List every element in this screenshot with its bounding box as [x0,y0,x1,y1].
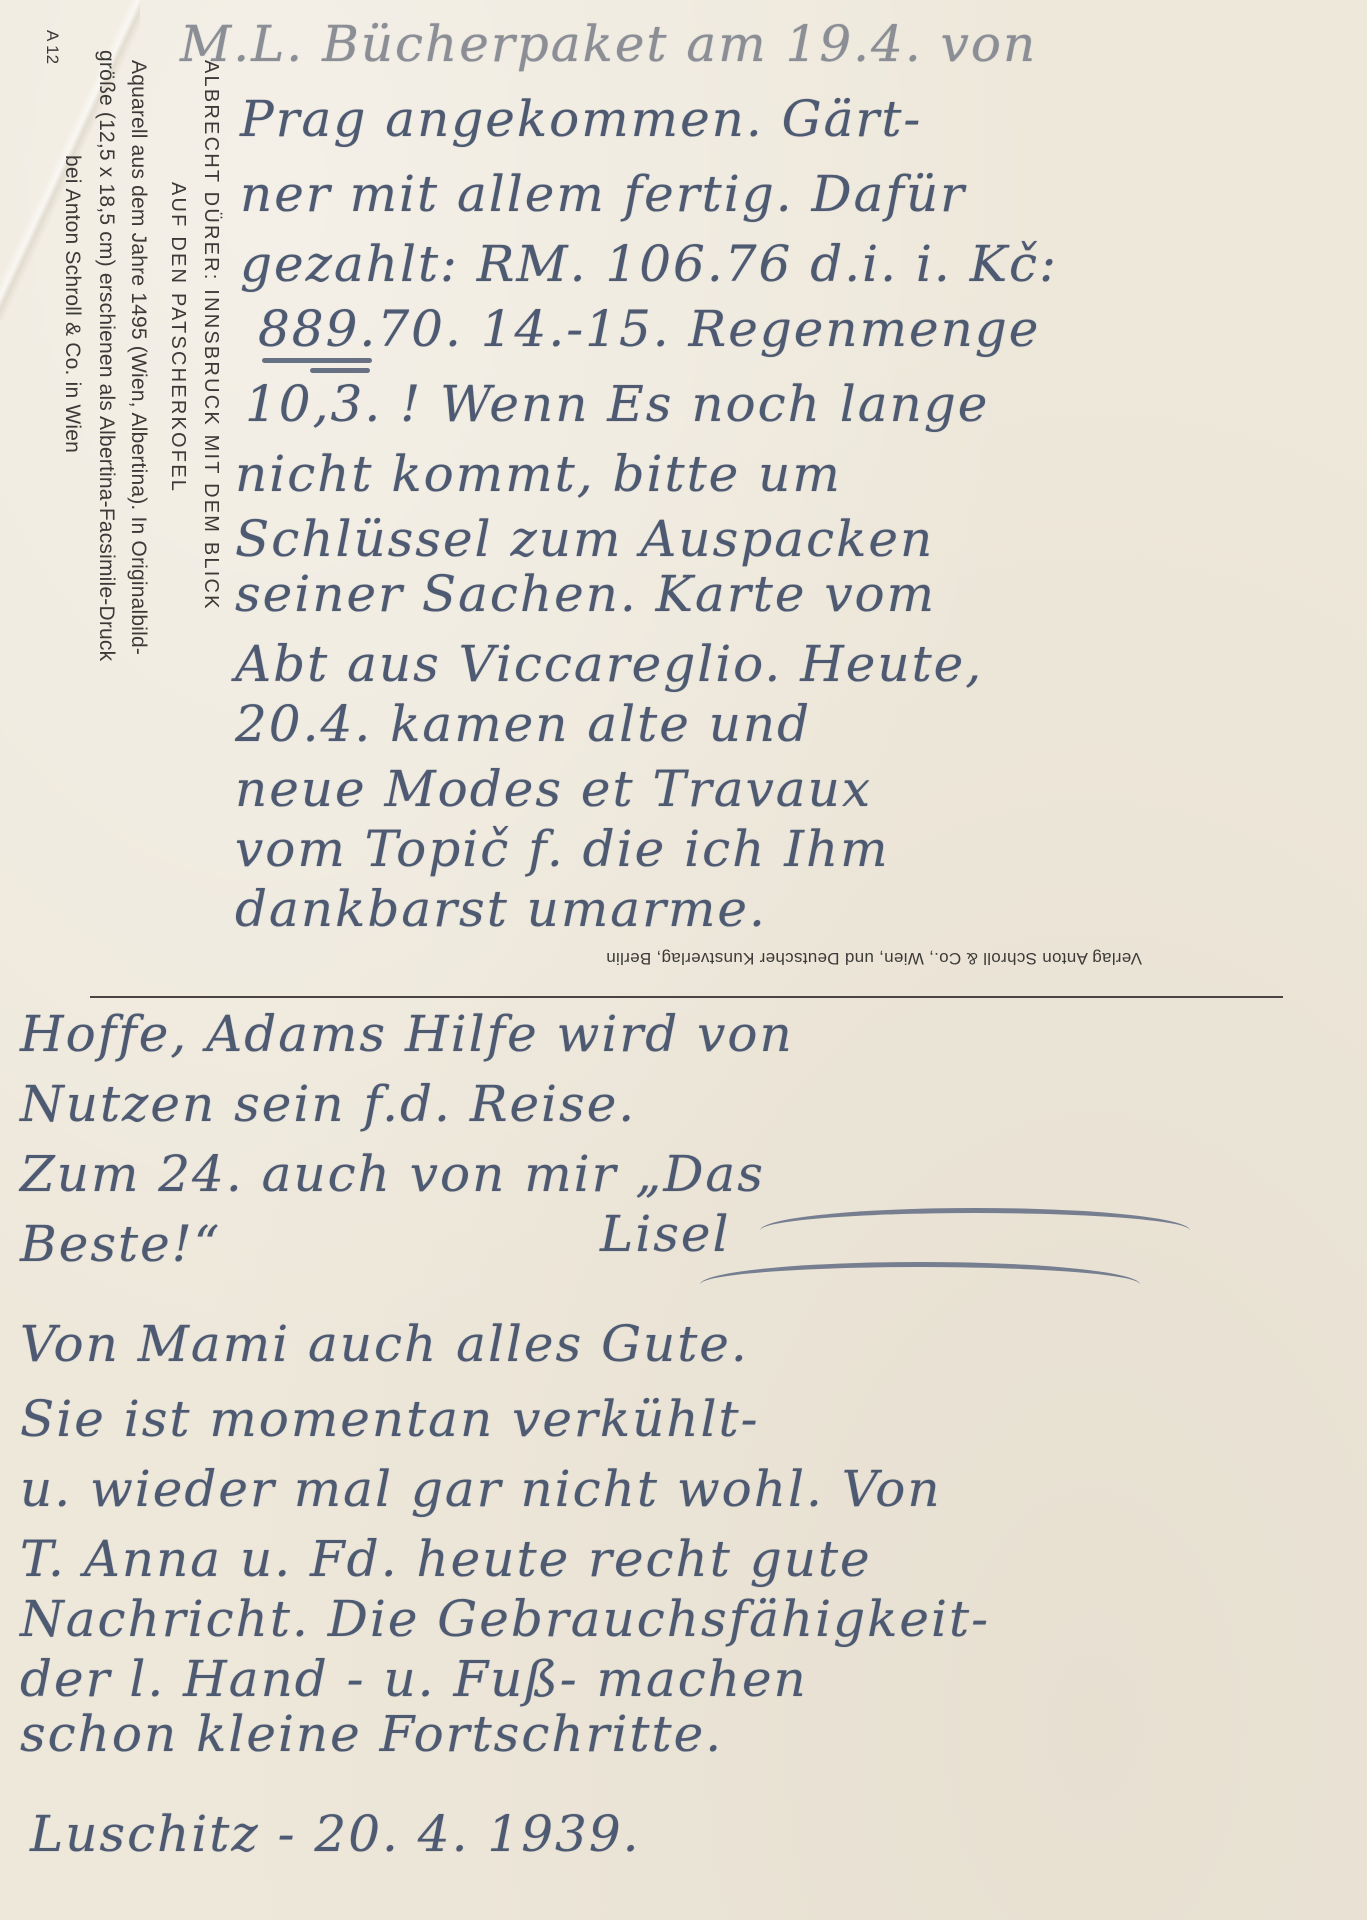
handwritten-line: Von Mami auch alles Gute. [20,1315,749,1373]
caption-title-line-1: ALBRECHT DÜRER: INNSBRUCK MIT DEM BLICK [199,60,222,611]
caption-description-line-2: größe (12,5 x 18,5 cm) erschienen als Al… [94,50,118,661]
caption-description-line-3: bei Anton Schroll & Co. in Wien [60,155,84,453]
handwritten-line: dankbarst umarme. [235,880,767,938]
handwritten-line: seiner Sachen. Karte vom [235,565,936,623]
handwritten-line: Abt aus Viccareglio. Heute, [235,635,983,693]
signature-flourish [700,1262,1140,1307]
amount-underline [262,358,372,363]
signature-flourish [760,1208,1190,1253]
handwritten-line: der l. Hand - u. Fuß- machen [20,1650,808,1708]
handwritten-line: schon kleine Fortschritte. [20,1705,723,1763]
handwritten-line: 10,3. ! Wenn Es noch lange [245,375,989,433]
postcard-back: A 12 ALBRECHT DÜRER: INNSBRUCK MIT DEM B… [0,0,1367,1920]
handwritten-line: Nachricht. Die Gebrauchsfähigkeit- [20,1590,990,1648]
handwritten-line: vom Topič f. die ich Ihm [235,820,890,878]
handwritten-line: 889.70. 14.-15. Regenmenge [258,300,1040,358]
caption-description-line-1: Aquarell aus dem Jahre 1495 (Wien, Alber… [126,60,150,655]
handwritten-line: M.L. Bücherpaket am 19.4. von [180,15,1037,73]
handwritten-line: Hoffe, Adams Hilfe wird von [20,1005,794,1063]
handwritten-line: gezahlt: RM. 106.76 d.i. i. Kč: [240,235,1058,293]
handwritten-line: 20.4. kamen alte und [235,695,811,753]
plate-number: A 12 [42,30,62,64]
handwritten-line: Beste!“ [20,1215,221,1273]
dateline: Luschitz - 20. 4. 1939. [30,1805,641,1863]
caption-title-line-2: AUF DEN PATSCHERKOFEL [166,182,189,493]
handwritten-line: Sie ist momentan verkühlt- [20,1390,760,1448]
signature: Lisel [600,1205,730,1263]
handwritten-line: Zum 24. auch von mir „Das [20,1145,765,1203]
handwritten-line: T. Anna u. Fd. heute recht gute [20,1530,872,1588]
handwritten-line: ner mit allem fertig. Dafür [240,165,966,223]
amount-underline [310,368,370,373]
handwritten-line: Nutzen sein f.d. Reise. [20,1075,636,1133]
handwritten-line: Schlüssel zum Auspacken [235,510,934,568]
publisher-imprint: Verlag Anton Schroll & Co., Wien, und De… [232,948,1142,968]
handwritten-line: Prag angekommen. Gärt- [240,90,922,148]
handwritten-line: neue Modes et Travaux [235,760,872,818]
handwritten-line: u. wieder mal gar nicht wohl. Von [20,1460,942,1518]
handwritten-line: nicht kommt, bitte um [235,445,842,503]
divider-line [90,996,1283,998]
